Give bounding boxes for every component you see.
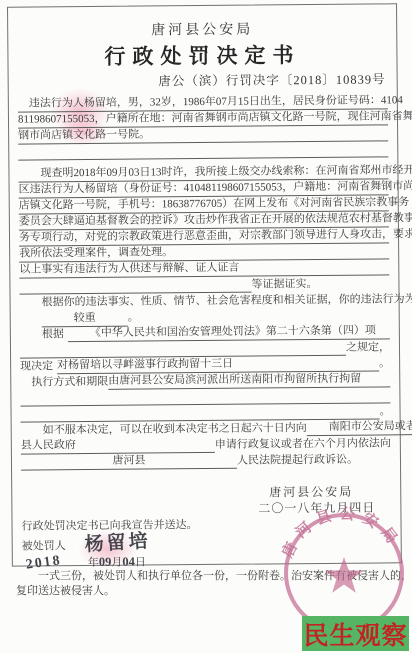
month-label: 月 [111,557,122,569]
day-label: 日 [135,557,146,569]
issuing-agency-header: 唐河县公安局 [17,17,387,40]
court-field: 唐河县 [21,452,237,471]
appeal-org-field: 南阳市公安局或者唐河 [307,418,412,436]
seal-star-icon [325,557,363,593]
execution-field: 由唐河县公安局滨河派出所送南阳市拘留所执行拘留 [108,371,361,390]
appeal-text: 人民法院提起行政诉讼。 [237,452,358,469]
seal-arc-text: 唐河县公安局 [278,505,404,560]
watermark-text: 民生观察 [303,616,407,652]
punished-person-label: 被处罚人 [22,540,66,552]
year-label: 年 [88,557,99,569]
blank-ruled-line [18,141,388,160]
handwritten-month: 09 [99,555,112,569]
appeal-org-field: 县人民政府 [21,437,76,454]
document-number: 唐公（滨）行罚决字〔2018〕10839号 [18,71,388,90]
period: 。 [379,355,390,371]
decision-label: 现决定 [20,358,53,374]
svg-text:唐河县公安局: 唐河县公安局 [278,505,404,560]
appeal-text: 申请行政复议或者在六个月内依法向 [215,435,391,453]
document-title: 行政处罚决定书 [17,42,387,69]
appeal-line-3: 唐河县 人民法院提起行政诉讼。 [21,451,391,470]
legal-suffix: 之规定， [346,339,390,355]
legal-prefix: 根据 [20,326,64,342]
evidence-suffix: 等证据证实。 [251,276,317,293]
scanned-document-page: 唐河县公安局 行政处罚决定书 唐公（滨）行罚决字〔2018〕10839号 违法行… [0,0,412,653]
watermark-badge: 民生观察 [302,616,409,651]
period: 。 [128,312,139,324]
handwritten-signature: 杨留培 [84,532,151,556]
handwritten-day: 04 [122,555,135,569]
document-border-box: 唐河县公安局 行政处罚决定书 唐公（滨）行罚决字〔2018〕10839号 违法行… [7,3,402,566]
execution-label: 执行方式和期限 [20,374,108,391]
period: 。 [379,403,390,419]
